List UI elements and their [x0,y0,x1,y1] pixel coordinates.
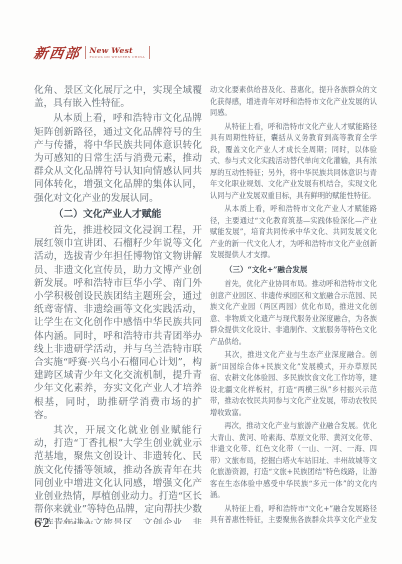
paragraph-campus-culture: 首先，推进校园文化浸润工程，开展红领巾宣讲团、石榴籽少年说等文化活动，选拔青少年… [34,224,202,422]
journal-logo: 新西部 New West FOCUS ON WESTERN CHINA [34,43,150,62]
magazine-page: 新西部 New West FOCUS ON WESTERN CHINA 化角、景… [0,0,402,564]
right-column: 动文化要素供给普及化、普惠化，提升各族群众的文化获得感，增进青年对呼和浩特市文化… [210,84,377,524]
left-column: 化角、景区文化展厅之中，实现全域覆盖，具有嵌入性特征。 从本质上看，呼和浩特市文… [34,84,202,524]
article-body: 化角、景区文化展厅之中，实现全域覆盖，具有嵌入性特征。 从本质上看，呼和浩特市文… [34,84,377,524]
paragraph-talent-features: 从特征上看，呼和浩特市文化产业人才赋能路径具有周期性特征，囊括从义务教育到高等教… [210,121,377,202]
paragraph-ecology-fusion: 其次，推进文化产业与生态产业深度融合。创新“田园综合体+民族文化”发展模式，开办… [210,349,377,418]
paragraph-industry-layout: 首先，优化产业协同布局。推动呼和浩特市文化创意产业园区、非遗传承园区和文旅融合示… [210,278,377,347]
footer-journal-name: New West [63,520,93,526]
paragraph-fusion-traits: 从特征上看，呼和浩特市“文化+”融合发展路径具有普惠性特征，主要聚焦各族群众共享… [210,503,377,525]
journal-logo-english: New West [90,47,145,55]
section-heading-fusion: （三）“文化+”融合发展 [210,264,377,276]
page-footer: 62 New West [34,516,94,530]
paragraph-talent-essence: 从本质上看，呼和浩特市文化产业人才赋能路径，主要通过“文化教育筑基—实践体验深化… [210,203,377,261]
section-heading-talent: （二）文化产业人才赋能 [34,208,202,221]
logo-divider [85,46,86,59]
paragraph-employment: 其次，开展文化就业创业赋能行动，打造“丁香扎根”大学生创业就业示范基地，聚焦文创… [34,424,202,524]
logo-divider [149,46,150,59]
paragraph-tourism-fusion: 再次，推动文化产业与旅游产业融合发展。优化大青山、黄河、哈素海、草原文化带、黄河… [210,420,377,501]
journal-logo-tagline: FOCUS ON WESTERN CHINA [90,56,145,59]
journal-logo-chinese: 新西部 [33,43,82,63]
paragraph-brand-essence: 从本质上看，呼和浩特市文化品牌矩阵创新路径，通过文化品牌符号的生产与传播，将中华… [34,112,202,204]
page-number: 62 [34,516,50,530]
paragraph-continuation: 化角、景区文化展厅之中，实现全域覆盖，具有嵌入性特征。 [34,84,202,110]
footer-divider [56,518,57,529]
journal-logo-english-block: New West FOCUS ON WESTERN CHINA [90,47,145,59]
paragraph-continuation: 动文化要素供给普及化、普惠化，提升各族群众的文化获得感，增进青年对呼和浩特市文化… [210,84,377,119]
